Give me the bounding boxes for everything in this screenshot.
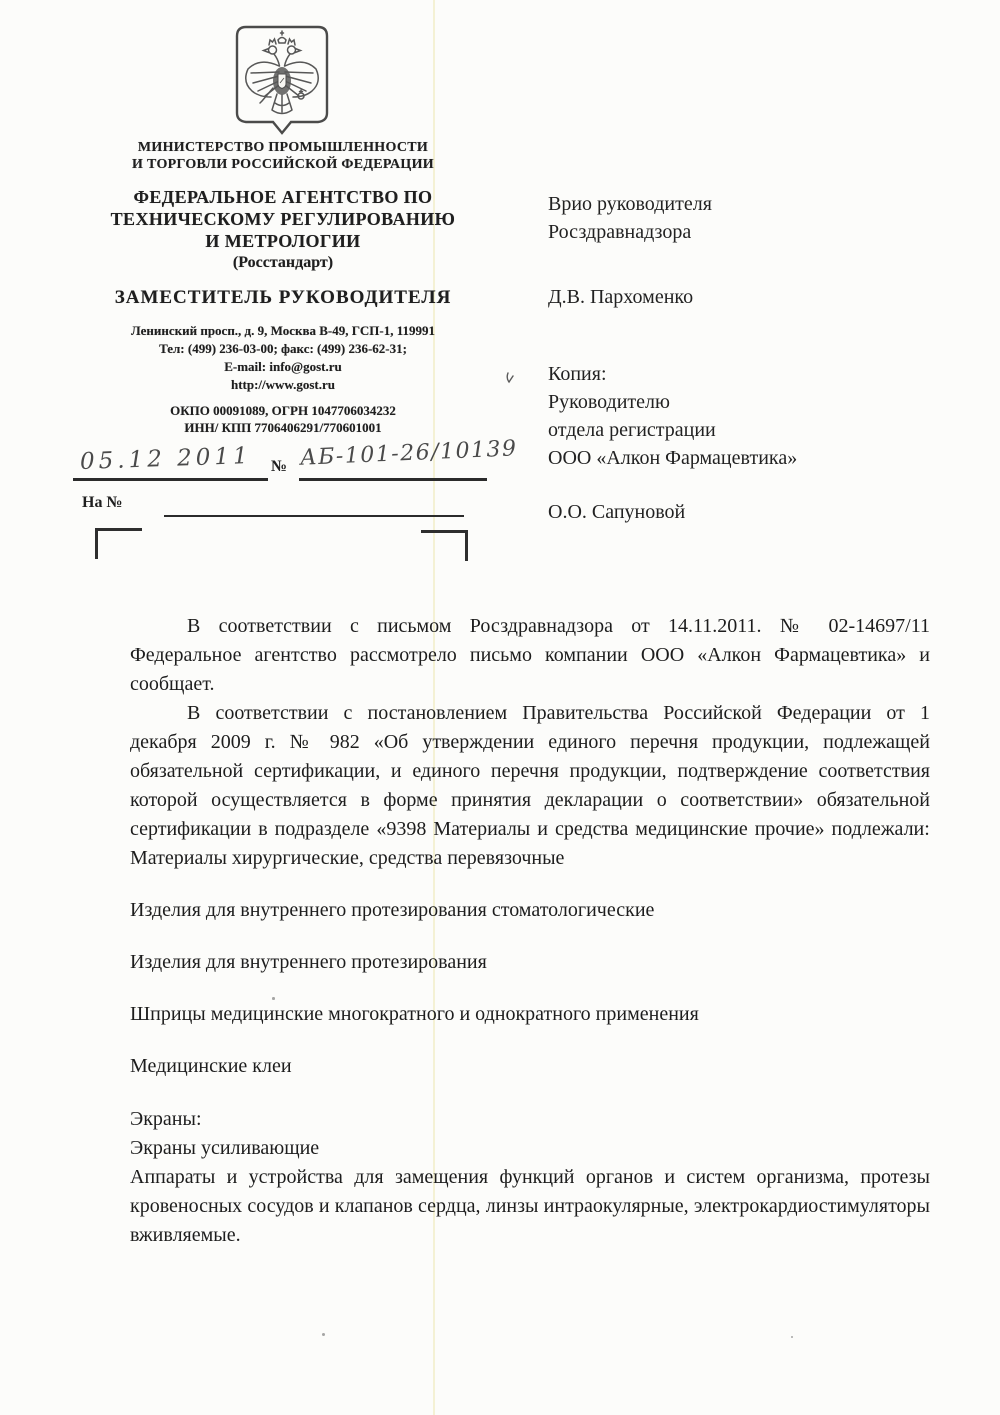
handwritten-date: 05.12 2011 (80, 443, 253, 475)
ministry-name: МИНИСТЕРСТВО ПРОМЫШЛЕННОСТИ И ТОРГОВЛИ Р… (85, 139, 481, 173)
email: E-mail: info@gost.ru (85, 358, 481, 376)
agency-line: ТЕХНИЧЕСКОМУ РЕГУЛИРОВАНИЮ (85, 208, 481, 230)
okpo-ogrn: ОКПО 00091089, ОГРН 1047706034232 (85, 402, 481, 419)
copy-recipient-org: ООО «Алкон Фармацевтика» (548, 444, 948, 472)
recipient-title: Врио руководителя (548, 190, 948, 218)
address-corner-mark-left (95, 528, 142, 559)
agency-short-name: (Росстандарт) (85, 254, 481, 272)
paragraph-decree: В соответствии с постановлением Правител… (130, 699, 930, 844)
contact-block: Ленинский просп., д. 9, Москва В-49, ГСП… (85, 322, 481, 394)
address-corner-mark-right (421, 530, 468, 561)
paragraph-intro: В соответствии с письмом Росздравнадзора… (130, 612, 930, 699)
reply-underline (164, 515, 464, 517)
registry-codes-block: ОКПО 00091089, ОГРН 1047706034232 ИНН/ К… (85, 402, 481, 436)
russia-coat-of-arms-icon (234, 24, 330, 136)
copy-recipient-title: Руководителю (548, 388, 948, 416)
inn-kpp: ИНН/ КПП 7706406291/770601001 (85, 419, 481, 436)
date-underline (73, 478, 268, 481)
screens-item: Экраны усиливающие (130, 1134, 930, 1163)
agency-line: И МЕТРОЛОГИИ (85, 230, 481, 252)
letter-body: В соответствии с письмом Росздравнадзора… (130, 612, 930, 1250)
scan-speck (791, 1336, 793, 1338)
postal-address: Ленинский просп., д. 9, Москва В-49, ГСП… (85, 322, 481, 340)
handwritten-outgoing-number: АБ-101-26/10139 (300, 436, 518, 470)
number-underline (299, 478, 487, 481)
copy-recipient-name: О.О. Сапуновой (548, 498, 948, 526)
paragraph-closing: Аппараты и устройства для замещения функ… (130, 1163, 930, 1250)
ministry-line: И ТОРГОВЛИ РОССИЙСКОЙ ФЕДЕРАЦИИ (85, 156, 481, 173)
list-item-medical-glues: Медицинские клеи (130, 1052, 930, 1081)
list-item-syringes: Шприцы медицинские многократного и однок… (130, 1000, 930, 1029)
agency-line: ФЕДЕРАЛЬНОЕ АГЕНТСТВО ПО (85, 186, 481, 208)
scan-speck (322, 1333, 325, 1336)
copy-recipient-dept: отдела регистрации (548, 416, 948, 444)
ministry-line: МИНИСТЕРСТВО ПРОМЫШЛЕННОСТИ (85, 139, 481, 156)
screens-heading: Экраны: (130, 1105, 930, 1134)
list-item-internal-prosthetics: Изделия для внутреннего протезирования (130, 948, 930, 977)
agency-name: ФЕДЕРАЛЬНОЕ АГЕНТСТВО ПО ТЕХНИЧЕСКОМУ РЕ… (85, 186, 481, 252)
list-item-surgical-materials: Материалы хирургические, средства перевя… (130, 844, 930, 873)
copy-label: Копия: (548, 360, 948, 388)
recipient-block: Врио руководителя Росздравнадзора Д.В. П… (548, 190, 948, 526)
list-item-dental-prosthetics: Изделия для внутреннего протезирования с… (130, 896, 930, 925)
reply-to-label: На № (82, 494, 123, 512)
scanned-letter-page: МИНИСТЕРСТВО ПРОМЫШЛЕННОСТИ И ТОРГОВЛИ Р… (0, 0, 1000, 1415)
scan-speck (272, 997, 275, 1000)
recipient-name: Д.В. Пархоменко (548, 283, 948, 311)
office-title: ЗАМЕСТИТЕЛЬ РУКОВОДИТЕЛЯ (85, 287, 481, 309)
number-sign: № (271, 458, 287, 476)
handwritten-checkmark (503, 372, 515, 393)
recipient-org: Росздравнадзора (548, 218, 948, 246)
website: http://www.gost.ru (85, 376, 481, 394)
phone-fax: Тел: (499) 236-03-00; факс: (499) 236-62… (85, 340, 481, 358)
